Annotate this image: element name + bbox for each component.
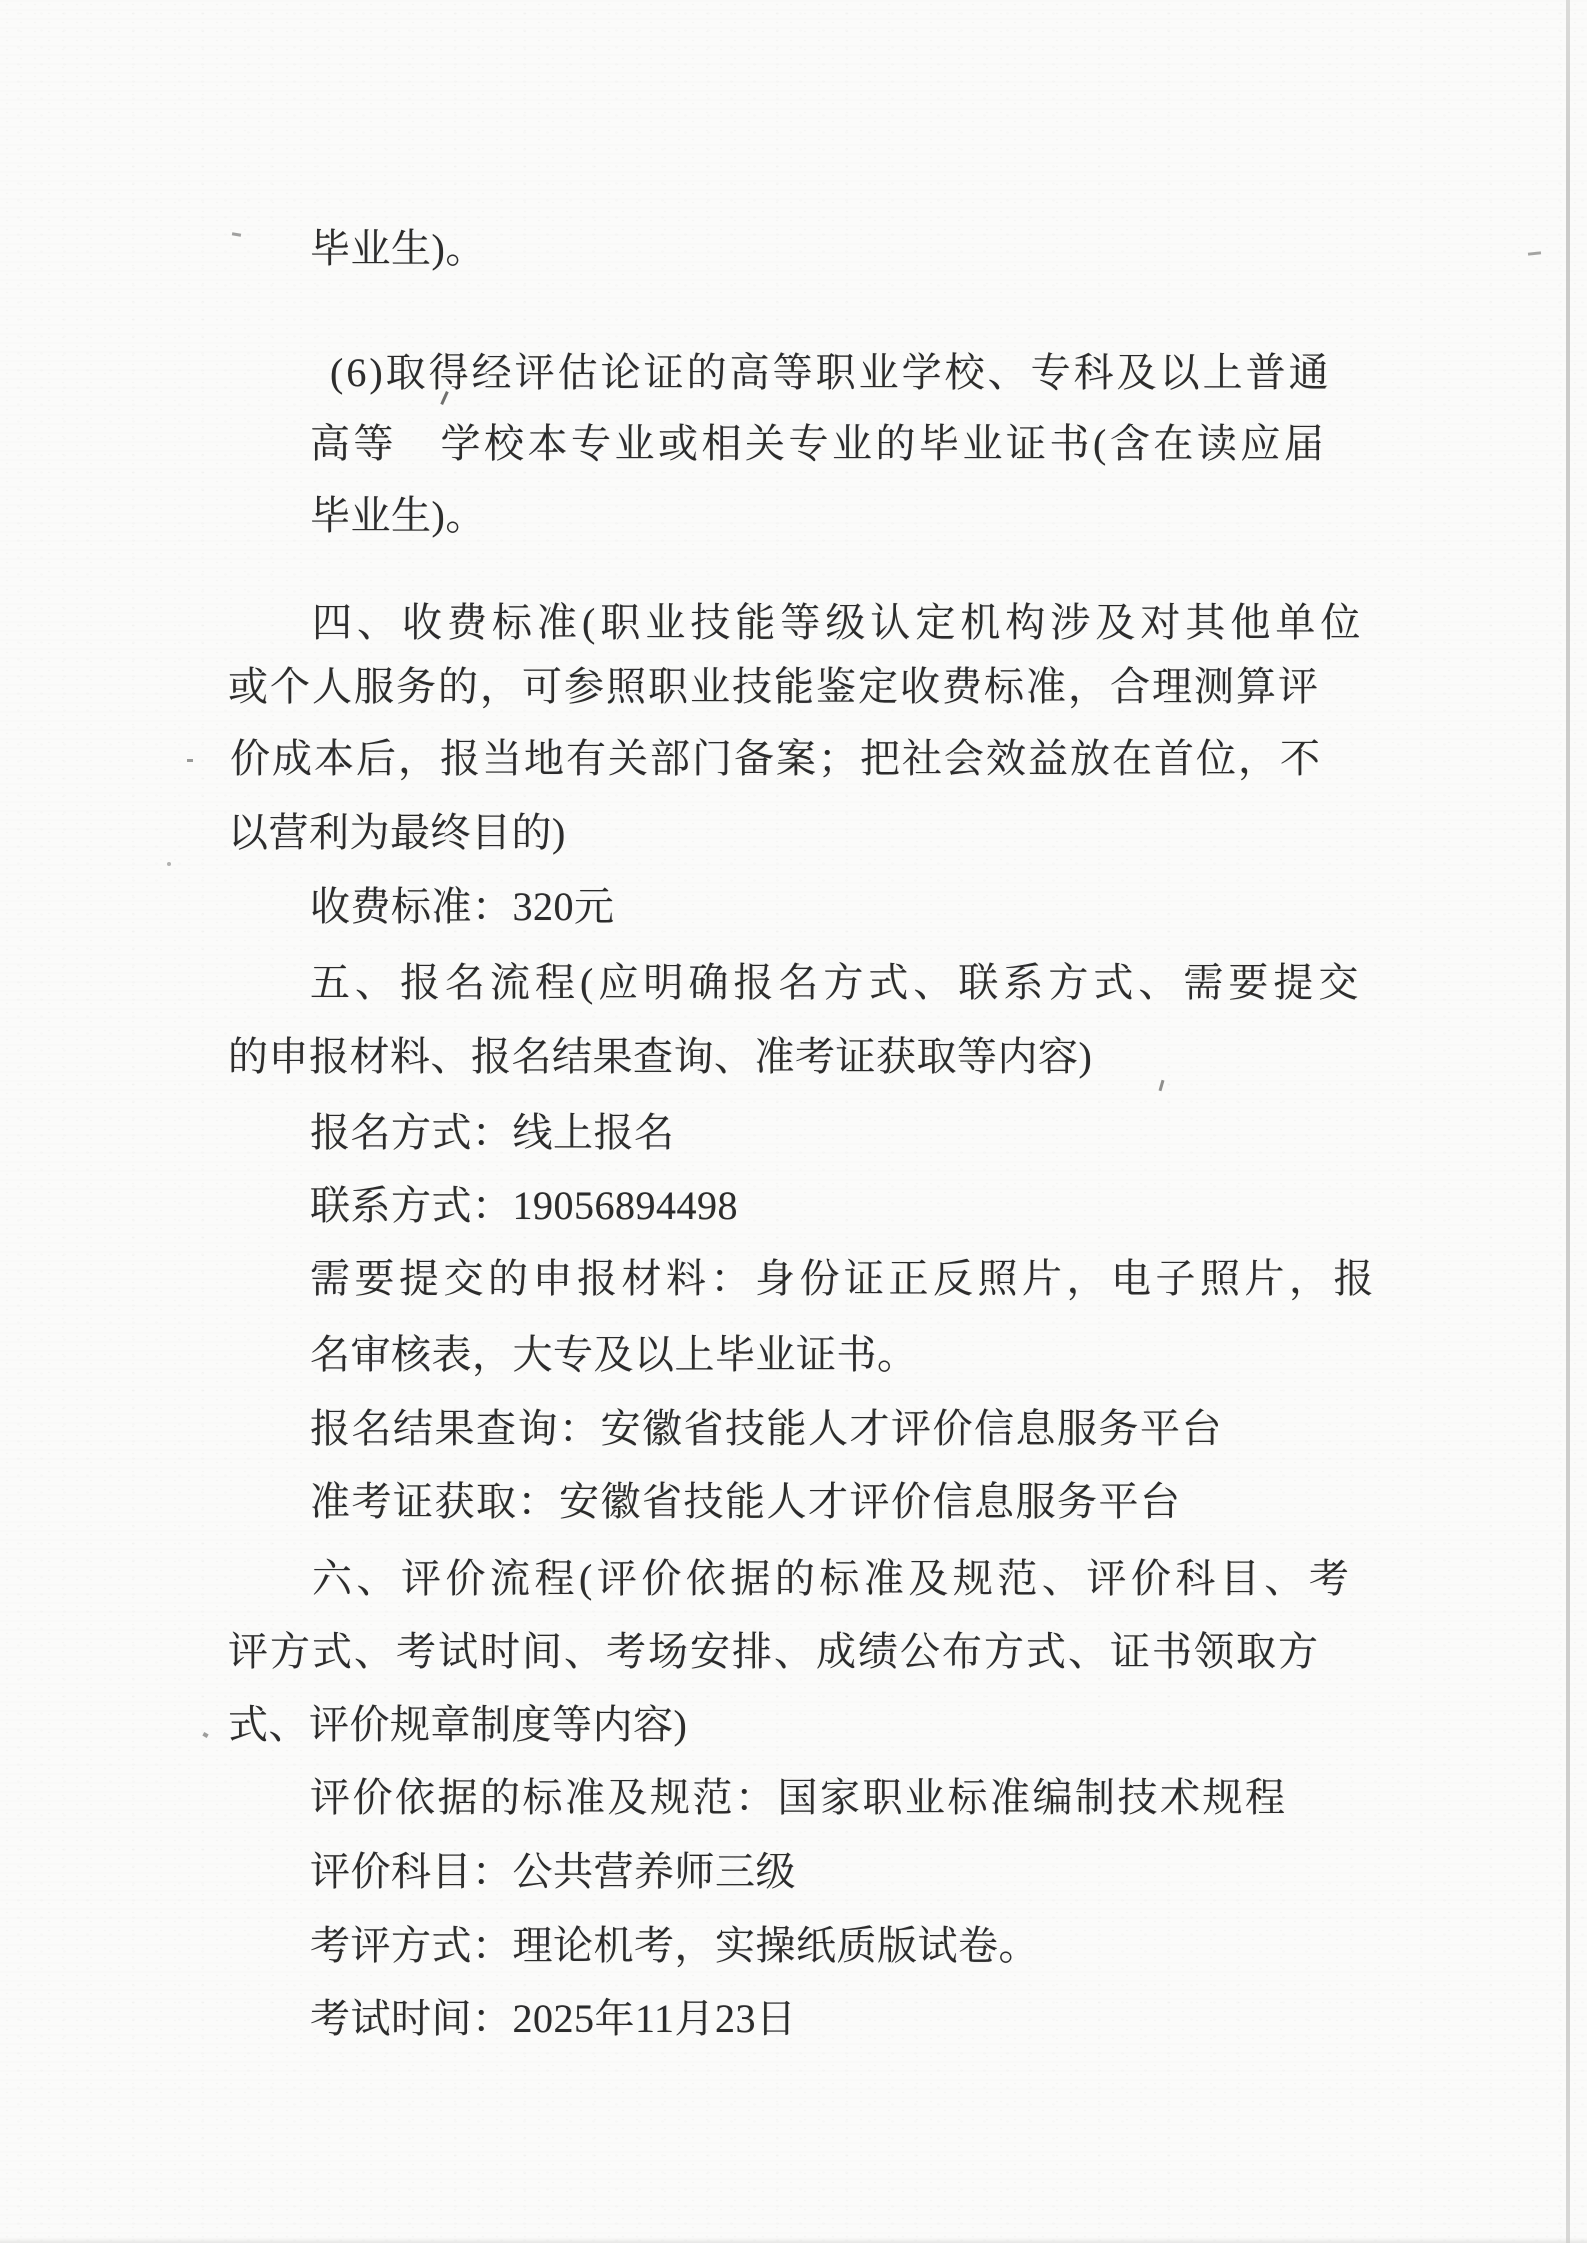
evaluation-heading-end-line: 式、评价规章制度等内容) (228, 1703, 687, 1746)
fee-paragraph-line: 或个人服务的，可参照职业技能鉴定收费标准，合理测算评 (228, 665, 1320, 708)
evaluation-standard-line: 评价依据的标准及规范：国家职业标准编制技术规程 (310, 1776, 1288, 1819)
scanned-document-page: { "page": { "background_color": "#fbfbfa… (0, 0, 1587, 2243)
fee-paragraph-line: 价成本后，报当地有关部门备案；把社会效益放在首位，不 (230, 737, 1322, 780)
required-materials-cont-line: 名审核表，大专及以上毕业证书。 (310, 1333, 918, 1376)
scan-speck (1528, 251, 1541, 255)
admission-ticket-line: 准考证获取：安徽省技能人才评价信息服务平台 (310, 1480, 1182, 1523)
section-5-registration-heading-line: 五、报名流程(应明确报名方式、联系方式、需要提交 (310, 961, 1363, 1004)
scan-speck (187, 759, 193, 762)
scan-speck (167, 862, 171, 866)
scan-speck (202, 1732, 208, 1738)
section-6-evaluation-heading-line: 六、评价流程(评价依据的标准及规范、评价科目、考 (312, 1557, 1353, 1600)
fee-amount-line: 收费标准：320元 (310, 885, 615, 928)
scan-speck (232, 232, 241, 237)
evaluation-subject-line: 评价科目：公共营养师三级 (310, 1850, 796, 1893)
item-6-continuation-line: 高等 学校本专业或相关专业的毕业证书(含在读应届 (310, 422, 1327, 465)
scan-page-right-edge (1566, 0, 1570, 2243)
evaluation-method-line: 考评方式：理论机考，实操纸质版试卷。 (310, 1924, 1039, 1967)
registration-heading-cont-line: 的申报材料、报名结果查询、准考证获取等内容) (228, 1035, 1092, 1078)
item-6-line: (6)取得经评估论证的高等职业学校、专科及以上普通 (330, 351, 1332, 394)
result-query-line: 报名结果查询：安徽省技能人才评价信息服务平台 (310, 1407, 1223, 1450)
exam-date-line: 考试时间：2025年11月23日 (310, 1997, 797, 2040)
required-materials-line: 需要提交的申报材料：身份证正反照片，电子照片，报 (310, 1257, 1378, 1300)
section-4-fee-heading-line: 四、收费标准(职业技能等级认定机构涉及对其他单位 (312, 601, 1365, 644)
item-6-end-line: 毕业生)。 (310, 494, 486, 537)
registration-method-line: 报名方式：线上报名 (310, 1111, 675, 1154)
fee-paragraph-end-line: 以营利为最终目的) (228, 811, 566, 854)
scan-speck (1159, 1080, 1165, 1091)
scan-page-bottom-edge (0, 2237, 1587, 2243)
graduate-note-line: 毕业生)。 (310, 227, 486, 270)
evaluation-heading-cont-line: 评方式、考试时间、考场安排、成绩公布方式、证书领取方 (228, 1630, 1320, 1673)
contact-phone-line: 联系方式：19056894498 (310, 1184, 738, 1227)
scan-noise-texture (0, 0, 1587, 2243)
